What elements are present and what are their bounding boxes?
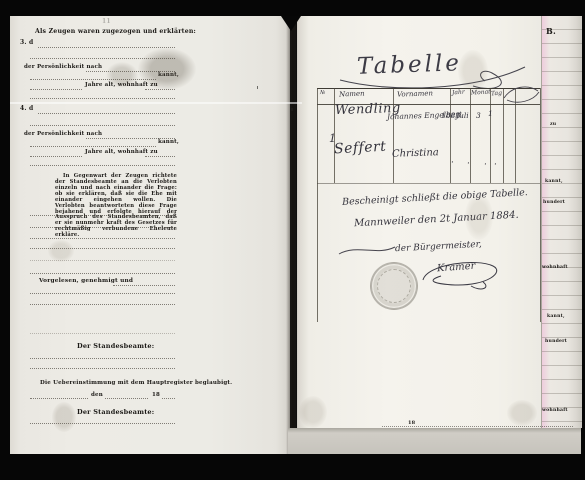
date-particle: den [91,392,103,398]
col-header-year: Jahr [452,89,465,97]
book-fold-shadow [286,16,298,454]
row2-ditto-hour: · [494,160,497,170]
ruled-line [113,285,175,286]
book-bottom-edge [288,428,581,454]
open-register-book: 11 Als Zeugen waren zugezogen und erklär… [10,16,581,454]
edge-text-fragment: kannt, [545,179,563,184]
ruled-line [30,215,175,216]
edge-text-fragment: kannt, [547,314,565,319]
ruled-line [30,358,175,359]
closing-certified-line: Bescheinigt schließt die obige Tabelle. [342,187,528,208]
paper-stain [507,400,537,426]
ruled-line [30,398,88,399]
flourish-dash [337,242,397,258]
row1-month: Juli [456,111,469,120]
faint-page-number: 11 [102,18,111,25]
ruled-line [38,113,175,114]
edge-text-fragment: hundert [543,200,565,205]
known-suffix-3: kannt, [158,72,179,78]
page-edge-strip: B. zu kannt, hundert wohnhaft kannt, hun… [541,16,582,428]
edge-text-fragment: wohnhaft [542,265,568,270]
row1-day: 3 [476,111,481,120]
col-header-name: Namen [339,90,365,99]
ruled-line [38,47,175,48]
certification-line: Die Uebereinstimmung mit dem Hauptregist… [40,380,232,386]
ruled-line [30,368,175,369]
row2-ditto-month: · [467,159,470,169]
identity-label-4: der Persönlichkeit nach [24,131,102,137]
paper-stain [299,396,327,428]
dust-speck [257,86,258,89]
dust-speck [291,108,293,111]
edge-text-fragment: hundert [545,339,567,344]
known-suffix-4: kannt, [158,139,179,145]
ruled-line [30,98,175,99]
table-column-line [450,88,451,183]
ruled-line [30,273,175,274]
witness-heading: Als Zeugen waren zugezogen und erklärten… [35,28,196,35]
ruled-line [30,89,82,90]
residence-label-3: Jahre alt, wohnhaft zu [85,82,158,88]
ruled-line [30,260,175,261]
ruled-line [30,79,156,80]
table-bottom-border [317,183,540,184]
ruled-line [105,398,148,399]
header-flourish [500,80,542,104]
scanned-register-photo: 11 Als Zeugen waren zugezogen und erklär… [0,0,585,480]
ruled-line [30,304,175,305]
col-header-no: № [320,90,325,96]
edge-text-fragment: wohnhaft [542,408,568,413]
ruled-line [30,165,175,166]
table-column-line [470,88,471,183]
row2-ditto-year: · [451,158,454,168]
declaration-paragraph: In Gegenwart der Zeugen richtete der Sta… [55,174,177,239]
paper-stain [48,240,74,262]
ruled-line [145,156,175,157]
ruled-line [30,227,175,228]
row2-firstname: Christina [392,147,439,160]
closing-place-date: Mannweiler den 2t Januar 1884. [354,210,519,230]
table-column-line [490,88,491,183]
witness3-number: 3. d [20,39,33,46]
signature-flourish [411,252,507,294]
ruled-line [30,293,175,294]
registrar-label-2: Der Standesbeamte: [77,408,154,416]
left-page: 11 Als Zeugen waren zugezogen und erklär… [10,16,290,454]
witness4-number: 4. d [20,105,33,112]
scratch-line [10,102,302,104]
ruled-line [30,333,175,334]
footer-dotted-line [382,426,573,427]
row1-hour: 1 [488,109,493,118]
identity-label-3: der Persönlichkeit nach [24,64,102,70]
table-left-border [317,88,318,322]
footer-mark: 18 [408,420,415,426]
ruled-line [30,423,175,424]
book-fold-notch [281,16,301,31]
ruled-line [30,146,156,147]
edge-text-fragment: zu [550,122,556,127]
century-prefix: 18 [152,392,160,398]
row2-name: Seffert [334,139,387,158]
ruled-line [162,398,175,399]
ruled-line [30,248,175,249]
row2-ditto-day: · [484,160,487,170]
right-page: Tabelle № Namen Vornamen Jahr Monat Tag … [297,16,542,428]
official-seal [370,262,418,310]
residence-label-4: Jahre alt, wohnhaft zu [85,149,158,155]
ruled-line [30,58,175,59]
registrar-label-1: Der Standesbeamte: [77,342,154,350]
ruled-line [145,89,175,90]
ruled-line [30,156,82,157]
fingerprint-stain [52,402,76,432]
col-header-firstname: Vornamen [397,89,433,98]
ruled-line [30,125,175,126]
col-header-month: Monat [471,88,491,96]
corner-label: B. [546,26,556,36]
read-approved-line: Vorgelesen, genehmigt und [39,278,133,284]
ruled-line [30,238,175,239]
